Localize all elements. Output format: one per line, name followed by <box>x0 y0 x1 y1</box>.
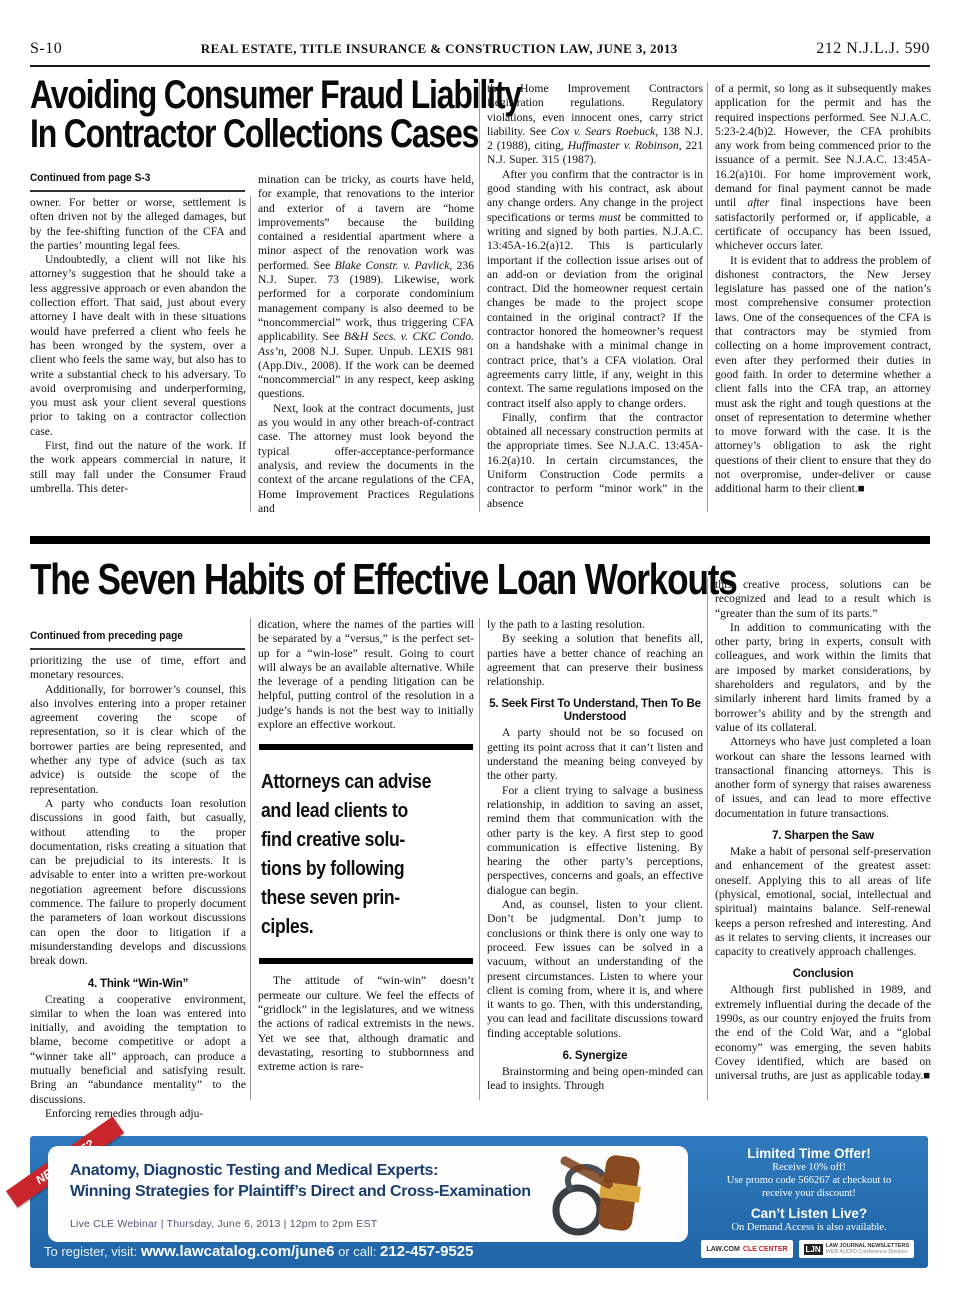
column-divider <box>707 578 708 1100</box>
article1-column-4: of a permit, so long as it subsequently … <box>715 82 931 497</box>
paragraph: Attorneys who have just completed a loan… <box>715 735 931 821</box>
paragraph: owner. For better or worse, settlement i… <box>30 196 246 253</box>
masthead: S-10 REAL ESTATE, TITLE INSURANCE & CONS… <box>30 40 930 67</box>
pull-quote-line: these seven prin- <box>261 884 446 913</box>
pull-quote-line: find creative solu- <box>261 826 446 855</box>
paragraph: Additionally, for borrower’s counsel, th… <box>30 683 246 797</box>
journal-citation: 212 N.J.L.J. 590 <box>816 40 930 58</box>
listen-line: On Demand Access is also available. <box>698 1221 920 1234</box>
paragraph: Finally, confirm that the contractor obt… <box>487 411 703 511</box>
lawcom-cle-logo: LAW.COM CLE CENTER <box>701 1240 792 1258</box>
paragraph: And, as counsel, listen to your client. … <box>487 898 703 1041</box>
subheading: 6. Synergize <box>487 1050 703 1063</box>
article1-column-2: mination can be tricky, as courts have h… <box>258 173 474 516</box>
paragraph: Undoubtedly, a client will not like his … <box>30 253 246 439</box>
pull-quote-line: and lead clients to <box>261 797 446 826</box>
article2-col2-bottom: The attitude of “win-win” doesn’t permea… <box>258 974 474 1074</box>
paragraph: First, find out the nature of the work. … <box>30 439 246 496</box>
ad-offer-block: Limited Time Offer! Receive 10% off! Use… <box>698 1144 920 1234</box>
paragraph: By seeking a solution that benefits all,… <box>487 632 703 689</box>
paragraph: A party who conducts loan resolution dis… <box>30 797 246 969</box>
subheading: 4. Think “Win-Win” <box>30 978 246 991</box>
page-number: S-10 <box>30 40 62 58</box>
column-divider <box>250 618 251 1100</box>
paragraph: mination can be tricky, as courts have h… <box>258 173 474 402</box>
listen-title: Can’t Listen Live? <box>698 1206 920 1221</box>
paragraph: the Home Improvement Contractors Registr… <box>487 82 703 168</box>
newspaper-page: S-10 REAL ESTATE, TITLE INSURANCE & CONS… <box>0 0 960 1309</box>
paragraph: In addition to communicating with the ot… <box>715 621 931 735</box>
paragraph: Make a habit of personal self-preservati… <box>715 845 931 959</box>
paragraph: Next, look at the contract documents, ju… <box>258 402 474 516</box>
subheading: Conclusion <box>715 968 931 981</box>
paragraph: Brainstorming and being open-minded can … <box>487 1065 703 1094</box>
paragraph: this creative process, solutions can be … <box>715 578 931 621</box>
paragraph: ly the path to a lasting resolution. <box>487 618 703 632</box>
article2-kicker: Continued from preceding page <box>30 626 245 650</box>
article2-column-4: this creative process, solutions can be … <box>715 578 931 1084</box>
paragraph: It is evident that to address the proble… <box>715 254 931 497</box>
paragraph: dication, where the names of the parties… <box>258 618 474 732</box>
article2-col2-top: dication, where the names of the parties… <box>258 618 474 732</box>
ad-register-line: To register, visit: www.lawcatalog.com/j… <box>44 1243 473 1260</box>
column-divider <box>479 618 480 1100</box>
column-divider <box>479 82 480 512</box>
ad-webinar-details: Live CLE Webinar | Thursday, June 6, 201… <box>70 1218 377 1230</box>
article1-column-3: the Home Improvement Contractors Registr… <box>487 82 703 511</box>
ad-title: Anatomy, Diagnostic Testing and Medical … <box>70 1160 531 1202</box>
article2-column-1: prioritizing the use of time, effort and… <box>30 654 246 1121</box>
register-phone: 212-457-9525 <box>380 1243 473 1260</box>
pull-quote-line: Attorneys can advise <box>261 768 446 797</box>
article1-column-1: owner. For better or worse, settlement i… <box>30 196 246 496</box>
paragraph: Although first published in 1989, and ex… <box>715 983 931 1083</box>
paragraph: Creating a cooperative environment, simi… <box>30 993 246 1107</box>
subheading: 5. Seek First To Understand, Then To Be … <box>487 698 703 724</box>
article2-column-2: dication, where the names of the parties… <box>258 618 474 1074</box>
section-divider <box>30 536 930 544</box>
paragraph: After you confirm that the contractor is… <box>487 168 703 411</box>
pull-quote: Attorneys can adviseand lead clients tof… <box>259 744 473 964</box>
paragraph: A party should not be so focused on gett… <box>487 726 703 783</box>
article1-kicker: Continued from page S-3 <box>30 168 245 192</box>
ad-logos: LAW.COM CLE CENTER LJN LAW JOURNAL NEWSL… <box>701 1240 914 1258</box>
pull-quote-line: tions by following <box>261 855 446 884</box>
offer-line: receive your discount! <box>698 1187 920 1200</box>
section-title: REAL ESTATE, TITLE INSURANCE & CONSTRUCT… <box>201 41 678 57</box>
article2-headline: The Seven Habits of Effective Loan Worko… <box>30 558 690 601</box>
paragraph: The attitude of “win-win” doesn’t permea… <box>258 974 474 1074</box>
column-divider <box>250 196 251 512</box>
ljn-logo: LJN LAW JOURNAL NEWSLETTERS WEB AUDIO Co… <box>799 1240 914 1258</box>
subheading: 7. Sharpen the Saw <box>715 830 931 843</box>
ad-white-panel: Anatomy, Diagnostic Testing and Medical … <box>48 1146 688 1242</box>
column-divider <box>707 82 708 512</box>
advertisement: NEED CLE? Anatomy, Diagnostic Testing an… <box>30 1136 928 1268</box>
register-url[interactable]: www.lawcatalog.com/june6 <box>141 1243 335 1260</box>
gavel-stethoscope-image <box>540 1148 680 1242</box>
article2-column-3: ly the path to a lasting resolution.By s… <box>487 618 703 1094</box>
offer-line: Receive 10% off! <box>698 1161 920 1174</box>
paragraph: prioritizing the use of time, effort and… <box>30 654 246 683</box>
offer-line: Use promo code 566267 at checkout to <box>698 1174 920 1187</box>
pull-quote-line: ciples. <box>261 913 446 942</box>
offer-title: Limited Time Offer! <box>698 1146 920 1161</box>
paragraph: of a permit, so long as it subsequently … <box>715 82 931 254</box>
article1-headline: Avoiding Consumer Fraud Liability In Con… <box>30 76 480 154</box>
paragraph: For a client trying to salvage a busines… <box>487 784 703 898</box>
paragraph: Enforcing remedies through adju- <box>30 1107 246 1121</box>
